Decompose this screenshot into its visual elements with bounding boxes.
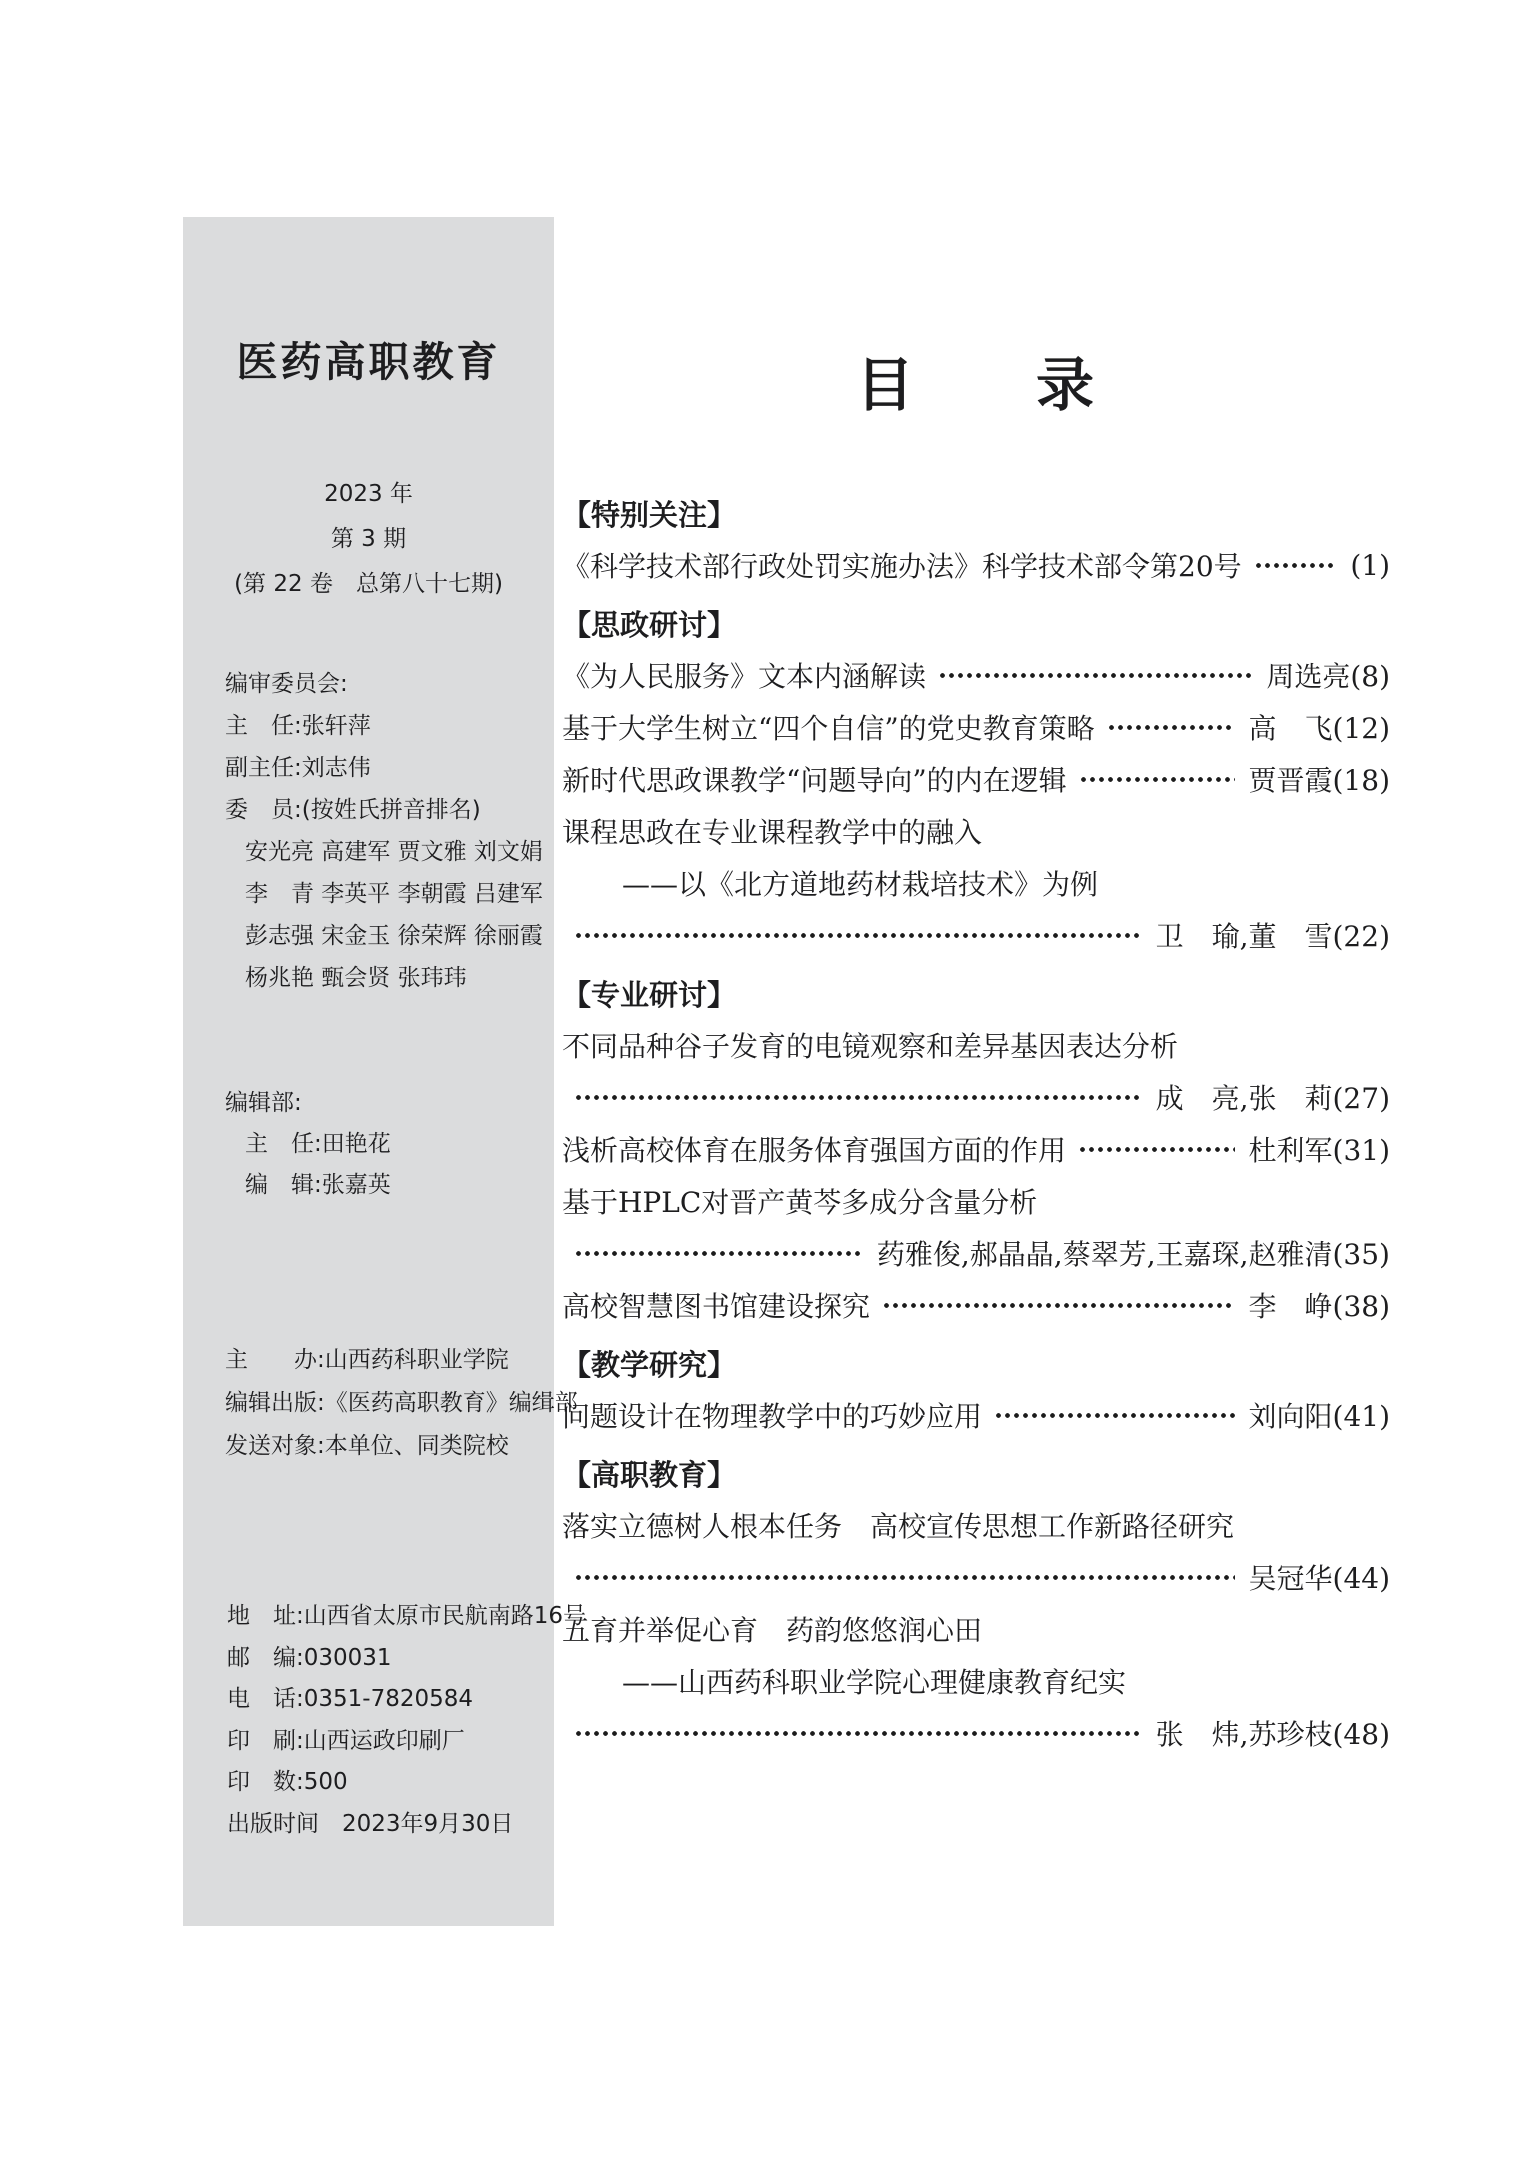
toc-author-page: 吴冠华(44) — [1249, 1557, 1390, 1597]
toc-entry-line: 不同品种谷子发育的电镜观察和差异基因表达分析 — [562, 1019, 1390, 1071]
dept-role-line: 编 辑:张嘉英 — [225, 1165, 554, 1206]
dot-leader-icon — [1107, 723, 1235, 732]
toc-entry-line: 基于HPLC对晋产黄芩多成分含量分析 — [562, 1175, 1390, 1227]
toc-entry-line: 浅析高校体育在服务体育强国方面的作用杜利军(31) — [562, 1123, 1390, 1175]
toc-entry-title: 《科学技术部行政处罚实施办法》科学技术部令第20号 — [562, 545, 1242, 585]
editorial-dept-roles: 主 任:田艳花编 辑:张嘉英 — [225, 1124, 554, 1206]
toc-entry-line: 五育并举促心育 药韵悠悠润心田 — [562, 1603, 1390, 1655]
review-board-block: 编审委员会: 主 任:张轩萍副主任:刘志伟委 员:(按姓氏拼音排名) 安光亮 高… — [183, 663, 554, 999]
publishing-info-block: 主 办:山西药科职业学院编辑出版:《医药高职教育》编缉部发送对象:本单位、同类院… — [183, 1339, 554, 1468]
review-board-members: 安光亮 高建军 贾文雅 刘文娟李 青 李英平 李朝霞 吕建军彭志强 宋金玉 徐荣… — [225, 831, 554, 999]
board-member-line: 杨兆艳 甄会贤 张玮玮 — [225, 957, 554, 999]
dot-leader-icon — [1254, 561, 1337, 570]
dept-role-line: 主 任:田艳花 — [225, 1124, 554, 1165]
toc-section-label: 【思政研讨】 — [562, 597, 1390, 649]
toc-author-page: (1) — [1350, 549, 1390, 582]
toc-entry-title: 落实立德树人根本任务 高校宣传思想工作新路径研究 — [562, 1505, 1234, 1545]
dot-leader-icon — [574, 1573, 1235, 1582]
journal-info-sidebar: 医药高职教育 2023 年第 3 期(第 22 卷 总第八十七期) 编审委员会:… — [183, 217, 554, 1926]
editorial-dept-block: 编辑部: 主 任:田艳花编 辑:张嘉英 — [183, 1083, 554, 1206]
toc-entry-line: 卫 瑜,董 雪(22) — [562, 909, 1390, 961]
dot-leader-icon — [938, 671, 1252, 680]
toc-entry-line: 高校智慧图书馆建设探究李 峥(38) — [562, 1279, 1390, 1331]
toc-heading: 目 录 — [562, 352, 1390, 418]
journal-title: 医药高职教育 — [183, 329, 554, 388]
issue-line: (第 22 卷 总第八十七期) — [183, 562, 554, 607]
toc-section-label: 【教学研究】 — [562, 1337, 1390, 1389]
board-role-line: 副主任:刘志伟 — [225, 747, 554, 789]
toc-entry-title: 课程思政在专业课程教学中的融入 — [562, 811, 982, 851]
contact-info-block: 地 址:山西省太原市民航南路16号邮 编:030031电 话:0351-7820… — [183, 1596, 554, 1845]
toc-author-page: 药雅俊,郝晶晶,蔡翠芳,王嘉琛,赵雅清(35) — [877, 1233, 1390, 1273]
toc-author-page: 高 飞(12) — [1249, 707, 1390, 747]
issue-line: 2023 年 — [183, 472, 554, 517]
toc-author-page: 杜利军(31) — [1249, 1129, 1390, 1169]
toc-entry-line: 新时代思政课教学“问题导向”的内在逻辑贾晋霞(18) — [562, 753, 1390, 805]
toc-entry-line: 吴冠华(44) — [562, 1551, 1390, 1603]
toc-entry-line: 问题设计在物理教学中的巧妙应用刘向阳(41) — [562, 1389, 1390, 1441]
dot-leader-icon — [1079, 775, 1235, 784]
editorial-dept-heading: 编辑部: — [225, 1083, 554, 1124]
table-of-contents: 目 录 【特别关注】《科学技术部行政处罚实施办法》科学技术部令第20号(1)【思… — [562, 352, 1390, 1759]
contact-info-line: 印 数:500 — [227, 1762, 554, 1804]
dot-leader-icon — [574, 931, 1142, 940]
board-role-line: 委 员:(按姓氏拼音排名) — [225, 789, 554, 831]
review-board-heading: 编审委员会: — [225, 663, 554, 705]
dot-leader-icon — [574, 1093, 1142, 1102]
toc-entry-title: 不同品种谷子发育的电镜观察和差异基因表达分析 — [562, 1025, 1178, 1065]
board-member-line: 李 青 李英平 李朝霞 吕建军 — [225, 873, 554, 915]
toc-entry-line: ——山西药科职业学院心理健康教育纪实 — [562, 1655, 1390, 1707]
toc-entry-line: ——以《北方道地药材栽培技术》为例 — [562, 857, 1390, 909]
toc-entry-line: 落实立德树人根本任务 高校宣传思想工作新路径研究 — [562, 1499, 1390, 1551]
dot-leader-icon — [574, 1249, 863, 1258]
board-member-line: 安光亮 高建军 贾文雅 刘文娟 — [225, 831, 554, 873]
issue-line: 第 3 期 — [183, 517, 554, 562]
contact-info-line: 地 址:山西省太原市民航南路16号 — [227, 1596, 554, 1638]
toc-entry-title: 浅析高校体育在服务体育强国方面的作用 — [562, 1129, 1066, 1169]
toc-entry-title: 问题设计在物理教学中的巧妙应用 — [562, 1395, 982, 1435]
publish-info-line: 发送对象:本单位、同类院校 — [225, 1425, 554, 1468]
review-board-roles: 主 任:张轩萍副主任:刘志伟委 员:(按姓氏拼音排名) — [225, 705, 554, 831]
toc-section-label: 【高职教育】 — [562, 1447, 1390, 1499]
toc-entry-title: 五育并举促心育 药韵悠悠润心田 — [562, 1609, 982, 1649]
toc-author-page: 卫 瑜,董 雪(22) — [1156, 915, 1390, 955]
toc-entry-title: 基于HPLC对晋产黄芩多成分含量分析 — [562, 1181, 1037, 1221]
toc-entry-line: 成 亮,张 莉(27) — [562, 1071, 1390, 1123]
toc-entry-line: 张 炜,苏珍枝(48) — [562, 1707, 1390, 1759]
toc-sections: 【特别关注】《科学技术部行政处罚实施办法》科学技术部令第20号(1)【思政研讨】… — [562, 487, 1390, 1759]
toc-author-page: 李 峥(38) — [1249, 1285, 1390, 1325]
toc-entry-line: 《科学技术部行政处罚实施办法》科学技术部令第20号(1) — [562, 539, 1390, 591]
dot-leader-icon — [882, 1301, 1235, 1310]
contact-info-line: 出版时间 2023年9月30日 — [227, 1804, 554, 1846]
toc-entry-title: 《为人民服务》文本内涵解读 — [562, 655, 926, 695]
publish-info-line: 主 办:山西药科职业学院 — [225, 1339, 554, 1382]
toc-entry-line: 药雅俊,郝晶晶,蔡翠芳,王嘉琛,赵雅清(35) — [562, 1227, 1390, 1279]
dot-leader-icon — [574, 1729, 1142, 1738]
board-role-line: 主 任:张轩萍 — [225, 705, 554, 747]
toc-entry-line: 课程思政在专业课程教学中的融入 — [562, 805, 1390, 857]
dot-leader-icon — [994, 1411, 1235, 1420]
toc-author-page: 成 亮,张 莉(27) — [1156, 1077, 1390, 1117]
toc-entry-title: ——以《北方道地药材栽培技术》为例 — [562, 863, 1098, 903]
toc-section-label: 【特别关注】 — [562, 487, 1390, 539]
dot-leader-icon — [1078, 1145, 1235, 1154]
toc-entry-title: ——山西药科职业学院心理健康教育纪实 — [562, 1661, 1126, 1701]
board-member-line: 彭志强 宋金玉 徐荣辉 徐丽霞 — [225, 915, 554, 957]
publish-info-line: 编辑出版:《医药高职教育》编缉部 — [225, 1382, 554, 1425]
toc-author-page: 张 炜,苏珍枝(48) — [1156, 1713, 1390, 1753]
contact-info-line: 印 刷:山西运政印刷厂 — [227, 1721, 554, 1763]
issue-block: 2023 年第 3 期(第 22 卷 总第八十七期) — [183, 472, 554, 607]
toc-section-label: 【专业研讨】 — [562, 967, 1390, 1019]
toc-entry-line: 基于大学生树立“四个自信”的党史教育策略高 飞(12) — [562, 701, 1390, 753]
toc-entry-line: 《为人民服务》文本内涵解读周选亮(8) — [562, 649, 1390, 701]
contact-info-line: 电 话:0351-7820584 — [227, 1679, 554, 1721]
toc-entry-title: 基于大学生树立“四个自信”的党史教育策略 — [562, 707, 1095, 747]
toc-entry-title: 高校智慧图书馆建设探究 — [562, 1285, 870, 1325]
toc-author-page: 刘向阳(41) — [1249, 1395, 1390, 1435]
toc-author-page: 贾晋霞(18) — [1249, 759, 1390, 799]
toc-entry-title: 新时代思政课教学“问题导向”的内在逻辑 — [562, 759, 1067, 799]
toc-author-page: 周选亮(8) — [1266, 655, 1390, 695]
contact-info-line: 邮 编:030031 — [227, 1638, 554, 1680]
journal-toc-page: 医药高职教育 2023 年第 3 期(第 22 卷 总第八十七期) 编审委员会:… — [0, 0, 1540, 2161]
